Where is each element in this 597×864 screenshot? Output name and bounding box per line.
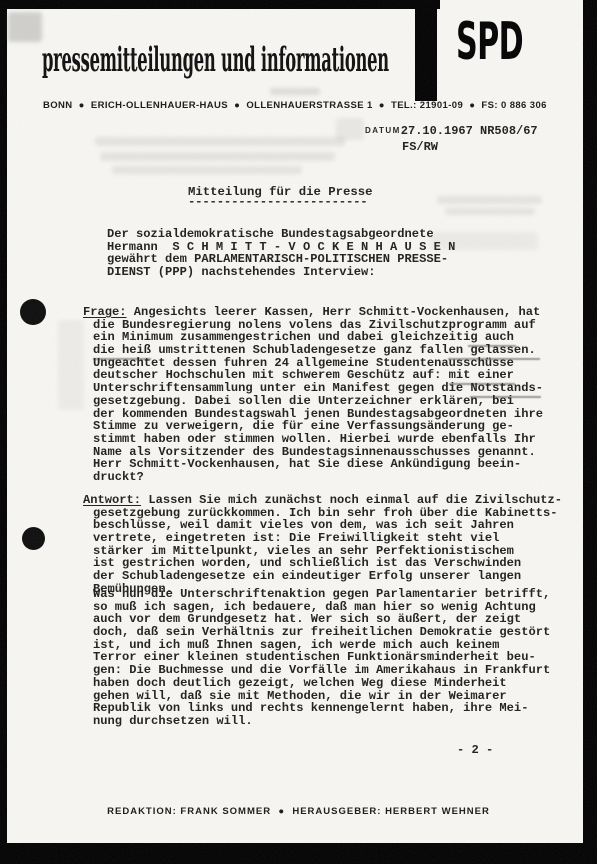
hole-punch-top [20, 299, 46, 325]
pencil-underline-mark [93, 358, 151, 360]
pencil-underline-mark [448, 358, 540, 360]
text-line: der Schubladengesetze ein eindeutiger Er… [93, 570, 562, 583]
scan-smudge [100, 152, 335, 161]
scan-smudge [437, 196, 542, 204]
scan-border-top [0, 0, 440, 9]
answer-label: Antwort: [83, 493, 141, 507]
hole-punch-bottom [22, 527, 45, 550]
answer-paragraph: Antwort: Lassen Sie mich zunächst noch e… [93, 494, 562, 596]
masthead-title: pressemitteilungen und informationen [42, 40, 389, 80]
scan-smudge [430, 232, 538, 250]
scan-border-right [583, 0, 597, 864]
question-first-text: Angesichts leerer Kassen, Herr Schmitt-V… [127, 305, 541, 319]
text-line: Was nun die Unterschriftenaktion gegen P… [93, 588, 550, 601]
question-lines: die Bundesregierung nolens volens das Zi… [93, 319, 543, 484]
text-line: vertrete, eingetreten ist: Die Freiwilli… [93, 532, 562, 545]
press-title-underline: ------------------------- [188, 195, 372, 209]
text-line: druckt? [93, 471, 543, 484]
reference-code: FS/RW [402, 140, 538, 154]
question-label: Frage: [83, 305, 127, 319]
text-line: Republik von links und rechts kennengele… [93, 702, 550, 715]
date-row: DATUM27.10.1967 NR508/67 [365, 121, 538, 139]
press-release-scan: pressemitteilungen und informationen SPD… [0, 0, 597, 864]
datum-label: DATUM [365, 126, 401, 135]
text-line: stimmt haben oder stimmen wollen. Hierbe… [93, 433, 543, 446]
scan-smudge [112, 166, 302, 174]
text-line: doch, daß sein Verhältnis zur freiheitli… [93, 626, 550, 639]
answer-first-text: Lassen Sie mich zunächst noch einmal auf… [141, 493, 562, 507]
question-paragraph: Frage: Angesichts leerer Kassen, Herr Sc… [93, 306, 543, 484]
footer-imprint: REDAKTION: FRANK SOMMER ● HERAUSGEBER: H… [0, 806, 597, 817]
spd-logo: SPD [456, 12, 523, 72]
datum-value: 27.10.1967 NR508/67 [401, 124, 538, 138]
pencil-underline-mark [468, 345, 516, 347]
question-first-line: Frage: Angesichts leerer Kassen, Herr Sc… [83, 306, 543, 319]
answer-continuation-paragraph: Was nun die Unterschriftenaktion gegen P… [93, 588, 550, 728]
scan-border-bottom [0, 843, 597, 864]
text-line: Der sozialdemokratische Bundestagsabgeor… [107, 228, 455, 241]
text-line: Stimme zu verweigern, die für eine Verfa… [93, 420, 543, 433]
text-line: gen: Die Buchmesse und die Vorfälle im A… [93, 664, 550, 677]
scan-smudge [58, 320, 84, 410]
answer-first-line: Antwort: Lassen Sie mich zunächst noch e… [83, 494, 562, 507]
text-line: nung durchsetzen will. [93, 715, 550, 728]
address-line: BONN ● ERICH-OLLENHAUER-HAUS ● OLLENHAUE… [43, 100, 583, 111]
text-line: Herr Schmitt-Vockenhausen, hat Sie diese… [93, 458, 543, 471]
date-block: DATUM27.10.1967 NR508/67 FS/RW [365, 121, 538, 154]
pencil-underline-mark [449, 383, 515, 385]
intro-paragraph: Der sozialdemokratische Bundestagsabgeor… [107, 228, 455, 279]
answer-lines: gesetzgebung zurückkommen. Ich bin sehr … [93, 507, 562, 596]
scan-smudge [8, 12, 42, 42]
scan-border-left [0, 0, 7, 864]
text-line: haben doch deutlich gezeigt, welchen Weg… [93, 677, 550, 690]
scan-smudge [95, 137, 345, 146]
scan-smudge [270, 88, 320, 95]
text-line: DIENST (PPP) nachstehendes Interview: [107, 266, 455, 279]
scan-smudge [445, 208, 535, 215]
page-number: - 2 - [457, 743, 493, 757]
press-notice-title: Mitteilung für die Presse --------------… [188, 185, 372, 209]
pencil-underline-mark [470, 396, 541, 398]
logo-divider-bar [415, 0, 437, 101]
scan-smudge [336, 118, 364, 140]
